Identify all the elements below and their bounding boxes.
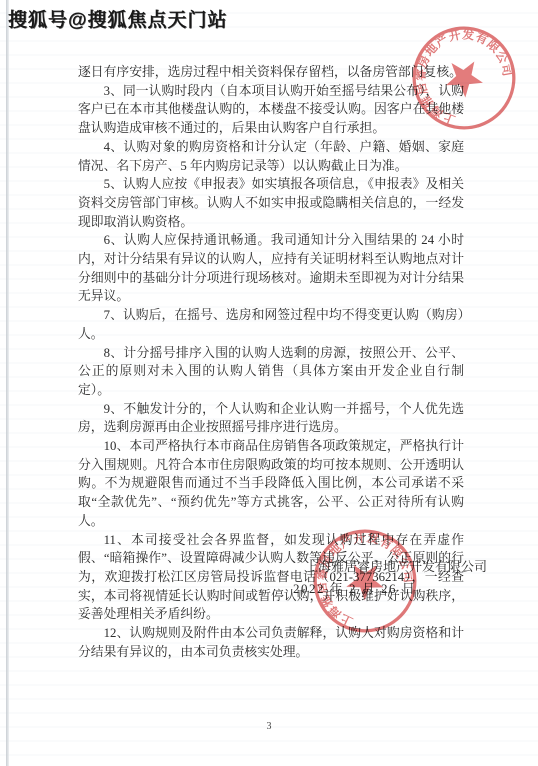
company-seal-stamp-top: 上海雅居睿房地产开发有限公司 bbox=[399, 13, 529, 143]
document-page: 搜狐号@搜狐焦点天门站 逐日有序安排，选房过程中相关资料保存留档，以备房管部门复… bbox=[0, 0, 538, 766]
scan-edge-artifact bbox=[6, 0, 9, 766]
paragraph-rule-9: 9、不触发计分的，个人认购和企业认购一并摇号，个人优先选房，选剩房源再由企业按照… bbox=[78, 400, 464, 437]
page-number: 3 bbox=[0, 721, 538, 732]
sohu-watermark: 搜狐号@搜狐焦点天门站 bbox=[8, 5, 228, 32]
paragraph-rule-8: 8、计分摇号排序入围的认购人选剩的房源，按照公开、公平、公正的原则对未入围的认购… bbox=[78, 344, 464, 400]
company-seal-stamp-bottom: 上海雅居睿房地产开发有限公司 bbox=[300, 516, 430, 646]
star-icon bbox=[437, 51, 488, 102]
star-icon bbox=[339, 554, 390, 604]
paragraph-rule-4: 4、认购对象的购房资格和计分认定（年龄、户籍、婚姻、家庭情况、名下房产、5 年内… bbox=[78, 138, 464, 175]
paragraph-rule-7: 7、认购后，在摇号、选房和网签过程中均不得变更认购（购房）人。 bbox=[78, 306, 464, 343]
paragraph-rule-5: 5、认购人应按《申报表》如实填报各项信息，《申报表》及相关资料交房管部门审核。认… bbox=[78, 175, 464, 231]
paragraph-rule-6: 6、认购人应保持通讯畅通。我司通知计分入围结果的 24 小时内，对计分结果有异议… bbox=[78, 231, 464, 306]
